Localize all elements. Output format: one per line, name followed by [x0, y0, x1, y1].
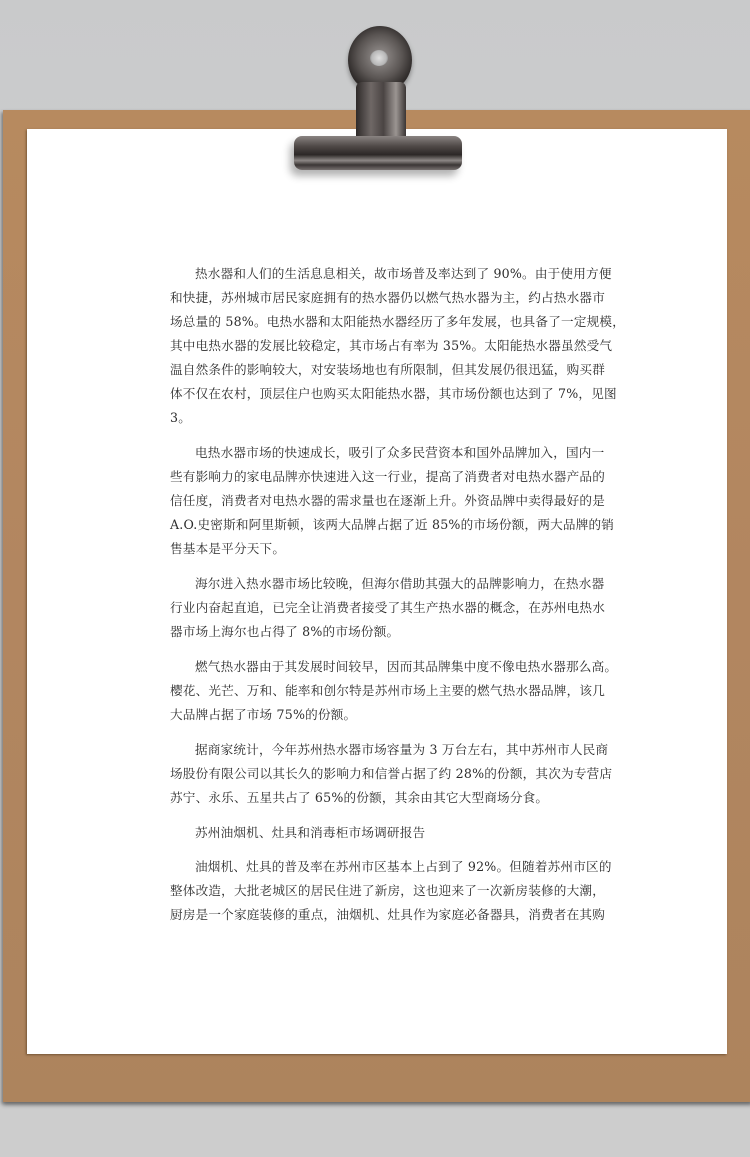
- paragraph-haier: 海尔进入热水器市场比较晚，但海尔借助其强大的品牌影响力，在热水器 行业内奋起直追…: [170, 572, 582, 644]
- text-line: 些有影响力的家电品牌亦快速进入这一行业，提高了消费者对电热水器产品的: [170, 465, 582, 489]
- text-line: A.O.史密斯和阿里斯顿，该两大品牌占据了近 85%的市场份额，两大品牌的销: [170, 513, 582, 537]
- clip-neck: [356, 82, 406, 142]
- text-line: 温自然条件的影响较大，对安装场地也有所限制，但其发展仍很迅猛，购买群: [170, 358, 582, 382]
- text-line: 器市场上海尔也占得了 8%的市场份额。: [170, 620, 582, 644]
- text-line: 场股份有限公司以其长久的影响力和信誉占据了约 28%的份额，其次为专营店: [170, 762, 582, 786]
- text-line: 厨房是一个家庭装修的重点，油烟机、灶具作为家庭必备器具，消费者在其购: [170, 903, 582, 927]
- text-line: 大品牌占据了市场 75%的份额。: [170, 703, 582, 727]
- text-line: 热水器和人们的生活息息相关，故市场普及率达到了 90%。由于使用方便: [170, 262, 582, 286]
- section-heading: 苏州油烟机、灶具和消毒柜市场调研报告: [170, 821, 582, 845]
- heading-text: 苏州油烟机、灶具和消毒柜市场调研报告: [170, 821, 582, 845]
- text-line: 据商家统计，今年苏州热水器市场容量为 3 万台左右，其中苏州市人民商: [170, 738, 582, 762]
- text-line: 油烟机、灶具的普及率在苏州市区基本上占到了 92%。但随着苏州市区的: [170, 855, 582, 879]
- paragraph-range-hood: 油烟机、灶具的普及率在苏州市区基本上占到了 92%。但随着苏州市区的 整体改造，…: [170, 855, 582, 927]
- text-line: 体不仅在农村，顶层住户也购买太阳能热水器，其市场份额也达到了 7%，见图: [170, 382, 582, 406]
- text-line: 3。: [170, 406, 582, 430]
- clip-bar: [294, 136, 462, 170]
- paragraph-market-capacity: 据商家统计，今年苏州热水器市场容量为 3 万台左右，其中苏州市人民商 场股份有限…: [170, 738, 582, 810]
- text-line: 和快捷，苏州城市居民家庭拥有的热水器仍以燃气热水器为主，约占热水器市: [170, 286, 582, 310]
- text-line: 售基本是平分天下。: [170, 537, 582, 561]
- text-line: 苏宁、永乐、五星共占了 65%的份额，其余由其它大型商场分食。: [170, 786, 582, 810]
- text-line: 整体改造，大批老城区的居民住进了新房，这也迎来了一次新房装修的大潮，: [170, 879, 582, 903]
- paragraph-electric-heater-market: 电热水器市场的快速成长，吸引了众多民营资本和国外品牌加入，国内一 些有影响力的家…: [170, 441, 582, 561]
- text-line: 燃气热水器由于其发展时间较早，因而其品牌集中度不像电热水器那么高。: [170, 655, 582, 679]
- paragraph-water-heater-overview: 热水器和人们的生活息息相关，故市场普及率达到了 90%。由于使用方便 和快捷，苏…: [170, 262, 582, 430]
- text-line: 电热水器市场的快速成长，吸引了众多民营资本和国外品牌加入，国内一: [170, 441, 582, 465]
- text-line: 行业内奋起直追，已完全让消费者接受了其生产热水器的概念，在苏州电热水: [170, 596, 582, 620]
- binder-clip-icon: [282, 24, 472, 174]
- text-line: 信任度，消费者对电热水器的需求量也在逐渐上升。外资品牌中卖得最好的是: [170, 489, 582, 513]
- paragraph-gas-heaters: 燃气热水器由于其发展时间较早，因而其品牌集中度不像电热水器那么高。 樱花、光芒、…: [170, 655, 582, 727]
- text-line: 场总量的 58%。电热水器和太阳能热水器经历了多年发展，也具备了一定规模，: [170, 310, 582, 334]
- text-line: 樱花、光芒、万和、能率和创尔特是苏州市场上主要的燃气热水器品牌，该几: [170, 679, 582, 703]
- text-line: 海尔进入热水器市场比较晚，但海尔借助其强大的品牌影响力，在热水器: [170, 572, 582, 596]
- document-body: 热水器和人们的生活息息相关，故市场普及率达到了 90%。由于使用方便 和快捷，苏…: [170, 262, 582, 938]
- text-line: 其中电热水器的发展比较稳定，其市场占有率为 35%。太阳能热水器虽然受气: [170, 334, 582, 358]
- clip-hole: [370, 50, 388, 66]
